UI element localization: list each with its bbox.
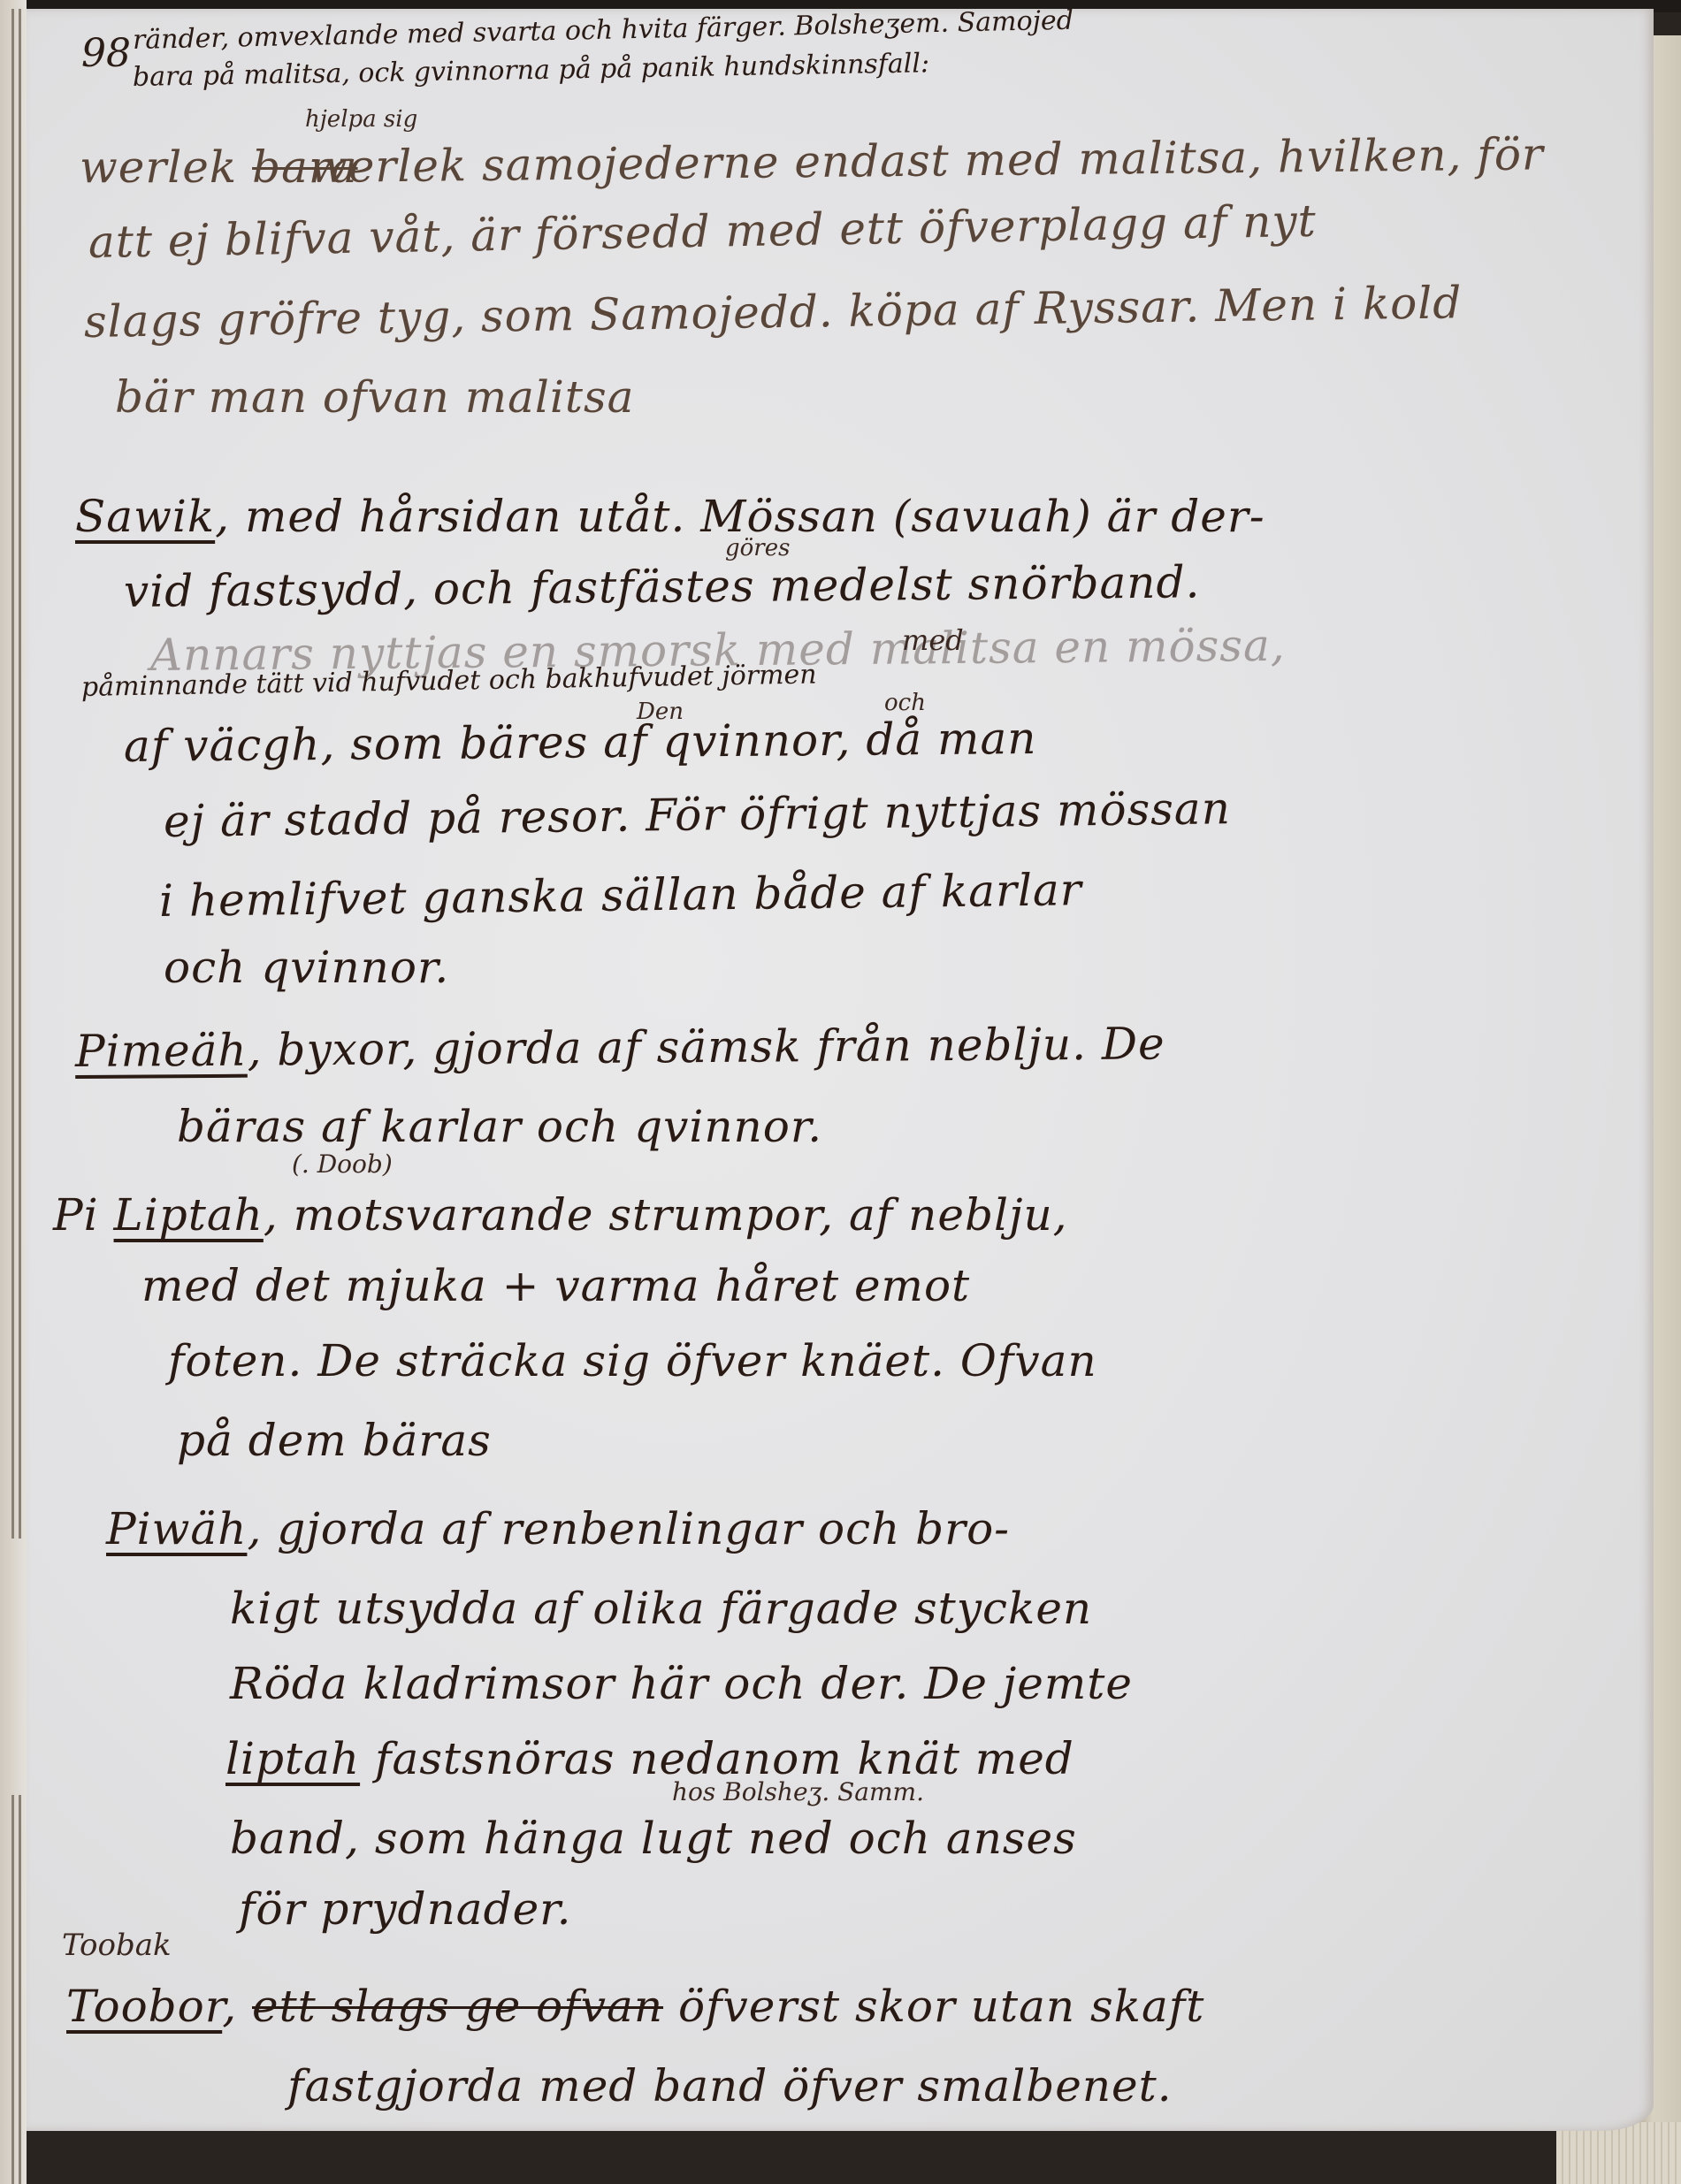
entry-line-liptah: Pi Liptah, motsvarande strumpor, af nebl… (53, 1189, 1068, 1241)
text-line: bär man ofvan malitsa (115, 371, 634, 423)
entry-line-piwah: Piwäh, gjorda af renbenlingar och bro- (106, 1503, 1010, 1554)
text-fragment: , byxor, gjorda af sämsk från neblju. De (247, 1018, 1165, 1075)
text-line: på dem bäras (177, 1415, 492, 1466)
struck-text-line: Annars nyttjas en smorsk med malitsa en … (150, 620, 1286, 681)
margin-prefix: Pi (53, 1189, 99, 1241)
text-line: bäras af karlar och qvinnor. (177, 1101, 822, 1152)
text-line: band, som hänga lugt ned och anses (230, 1813, 1077, 1864)
interlinear-insertion: hjelpa sig (305, 106, 417, 133)
text-line: werlek bara (80, 141, 274, 193)
text-fragment: , gjorda af renbenlingar och bro- (247, 1503, 1010, 1554)
interlinear-insertion: och (884, 690, 926, 716)
headword-liptah: Liptah (114, 1189, 264, 1241)
binding-rule (11, 9, 14, 1539)
headword-sawik: Sawik (75, 491, 215, 542)
text-line: foten. De sträcka sig öfver knäet. Ofvan (168, 1335, 1097, 1386)
headword-pimeah: Pimeäh (75, 1025, 248, 1077)
page-number: 98 (81, 31, 131, 76)
headword-liptah-ref: liptah (225, 1733, 360, 1784)
text-line: med det mjuka + varma håret emot (141, 1260, 970, 1311)
text-line: Röda kladrimsor här och der. De jemte (230, 1658, 1133, 1709)
binding-rule (19, 1795, 21, 2184)
text-line: liptah fastsnöras nedanom knät med (225, 1733, 1074, 1784)
interlinear-insertion: göres (725, 535, 790, 561)
text-line: af väcgh, som bäres af qvinnor, då man (124, 713, 1037, 772)
entry-line-sawik: Sawik, med hårsidan utåt. Mössan (savuah… (75, 491, 1265, 542)
text-fragment: , motsvarande strumpor, af neblju, (264, 1189, 1068, 1241)
text-fragment: werlek (80, 141, 252, 193)
text-line: vid fastsydd, och fastfästes medelst snö… (124, 556, 1201, 617)
headword-toobor: Toobor (66, 1981, 222, 2032)
margin-annotation: Toobak (62, 1928, 172, 1963)
interlinear-insertion: hos Bolsheʒ. Samm. (672, 1777, 924, 1806)
interlinear-insertion: (. Doob) (292, 1149, 393, 1179)
entry-line-toobor: Toobor, ett slags ge ofvan öfverst skor … (66, 1981, 1204, 2032)
interlinear-insertion: med (902, 623, 964, 657)
entry-line-pimeah: Pimeäh, byxor, gjorda af sämsk från nebl… (75, 1018, 1165, 1077)
text-line: och qvinnor. (164, 942, 449, 993)
headword-piwah: Piwäh (106, 1503, 247, 1554)
page-stack-corner (1556, 2122, 1681, 2184)
binding-rule (19, 9, 21, 1539)
binding-rule (11, 1795, 14, 2184)
struck-phrase: ett slags ge ofvan (252, 1981, 663, 2032)
text-line: för prydnader. (239, 1883, 571, 1935)
binding-margin (0, 0, 27, 2184)
text-line: kigt utsydda af olika färgade stycken (230, 1583, 1092, 1634)
text-fragment: öfverst skor utan skaft (678, 1981, 1204, 2032)
text-line: fastgjorda med band öfver smalbenet. (287, 2060, 1173, 2111)
